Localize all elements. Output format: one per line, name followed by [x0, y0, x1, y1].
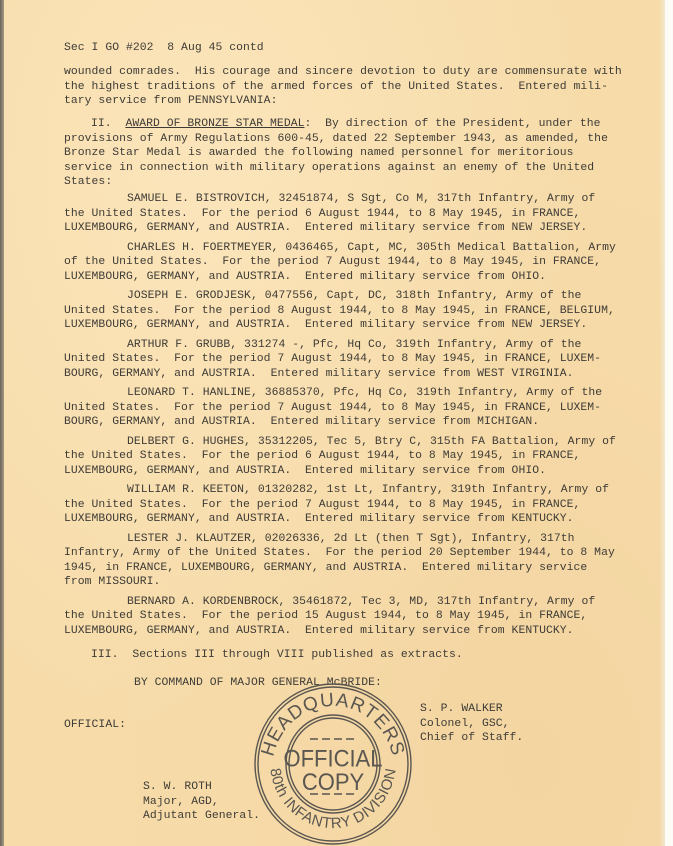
text-line: JOSEPH E. GRODJESK, 0477556, Capt, DC, 3… — [127, 289, 581, 304]
text-line: BOURG, GERMANY, and AUSTRIA. Entered mil… — [64, 367, 574, 382]
text-line: service in connection with military oper… — [64, 161, 594, 176]
text-line: of the United States. For the period 7 A… — [64, 255, 601, 270]
official-copy-stamp: HEADQUARTERS 80th INFANTRY DIVISION OFFI… — [252, 682, 414, 846]
text-line: tary service from PENNSYLVANIA: — [64, 94, 277, 109]
text-line: ARTHUR F. GRUBB, 331274 -, Pfc, Hq Co, 3… — [127, 338, 581, 353]
text-line: Infantry, Army of the United States. For… — [64, 546, 615, 561]
svg-text:COPY: COPY — [302, 768, 364, 795]
text-line: LUXEMBOURG, GERMANY, and AUSTRIA. Entere… — [64, 464, 546, 479]
text-line: LUXEMBOURG, GERMANY, and AUSTRIA. Entere… — [64, 221, 587, 236]
section-2-heading-line: II. AWARD OF BRONZE STAR MEDAL: By direc… — [91, 117, 601, 132]
text-line: LUXEMBOURG, GERMANY, and AUSTRIA. Entere… — [64, 512, 574, 527]
text-line: the highest traditions of the armed forc… — [64, 80, 608, 95]
section-3-text: III. Sections III through VIII published… — [91, 648, 463, 663]
text-line: 1945, in FRANCE, LUXEMBOURG, GERMANY, an… — [64, 561, 587, 576]
text-line: the United States. For the period 6 Augu… — [64, 207, 580, 222]
text-line: United States. For the period 7 August 1… — [64, 401, 601, 416]
text-line: CHARLES H. FOERTMEYER, 0436465, Capt, MC… — [127, 241, 616, 256]
text-line: the United States. For the period 6 Augu… — [64, 449, 580, 464]
signature-line: S. W. ROTH — [143, 780, 212, 795]
text-line: BOURG, GERMANY, and AUSTRIA. Entered mil… — [64, 415, 539, 430]
signature-line: Colonel, GSC, — [420, 717, 510, 732]
text-line: LUXEMBOURG, GERMANY, and AUSTRIA. Entere… — [64, 624, 574, 639]
section-number: II. — [91, 118, 112, 130]
text-line: Bronze Star Medal is awarded the followi… — [64, 146, 574, 161]
signature-line: Major, AGD, — [143, 795, 219, 810]
official-label: OFFICIAL: — [64, 718, 126, 733]
text-line: provisions of Army Regulations 600-45, d… — [64, 132, 608, 147]
text-line: States: — [64, 175, 112, 190]
page-edge-right — [659, 0, 665, 846]
text-line: LUXEMBOURG, GERMANY, and AUSTRIA. Entere… — [64, 318, 587, 333]
text-line: LUXEMBOURG, GERMANY, and AUSTRIA. Entere… — [64, 270, 546, 285]
text-line: LEONARD T. HANLINE, 36885370, Pfc, Hq Co… — [127, 386, 602, 401]
text-line: the United States. For the period 7 Augu… — [64, 498, 580, 513]
signature-line: Chief of Staff. — [420, 731, 523, 746]
text-line: the United States. For the period 15 Aug… — [64, 609, 587, 624]
text-line: DELBERT G. HUGHES, 35312205, Tec 5, Btry… — [127, 435, 616, 450]
section-intro-first: : By direction of the President, under t… — [304, 118, 600, 130]
text-line: SAMUEL E. BISTROVICH, 32451874, S Sgt, C… — [127, 192, 595, 207]
page-edge-shadow — [0, 0, 4, 846]
section-heading: AWARD OF BRONZE STAR MEDAL — [125, 118, 304, 130]
text-line: from MISSOURI. — [64, 575, 160, 590]
text-line: BERNARD A. KORDENBROCK, 35461872, Tec 3,… — [127, 595, 595, 610]
signature-line: Adjutant General. — [143, 809, 260, 824]
header-reference: Sec I GO #202 8 Aug 45 contd — [64, 41, 264, 56]
text-line: WILLIAM R. KEETON, 01320282, 1st Lt, Inf… — [127, 483, 609, 498]
text-line: United States. For the period 8 August 1… — [64, 304, 615, 319]
text-line: LESTER J. KLAUTZER, 02026336, 2d Lt (the… — [127, 532, 575, 547]
document-page: Sec I GO #202 8 Aug 45 contd wounded com… — [0, 0, 665, 846]
signature-line: S. P. WALKER — [420, 702, 503, 717]
text-line: wounded comrades. His courage and sincer… — [64, 65, 622, 80]
text-line: United States. For the period 7 August 1… — [64, 352, 601, 367]
